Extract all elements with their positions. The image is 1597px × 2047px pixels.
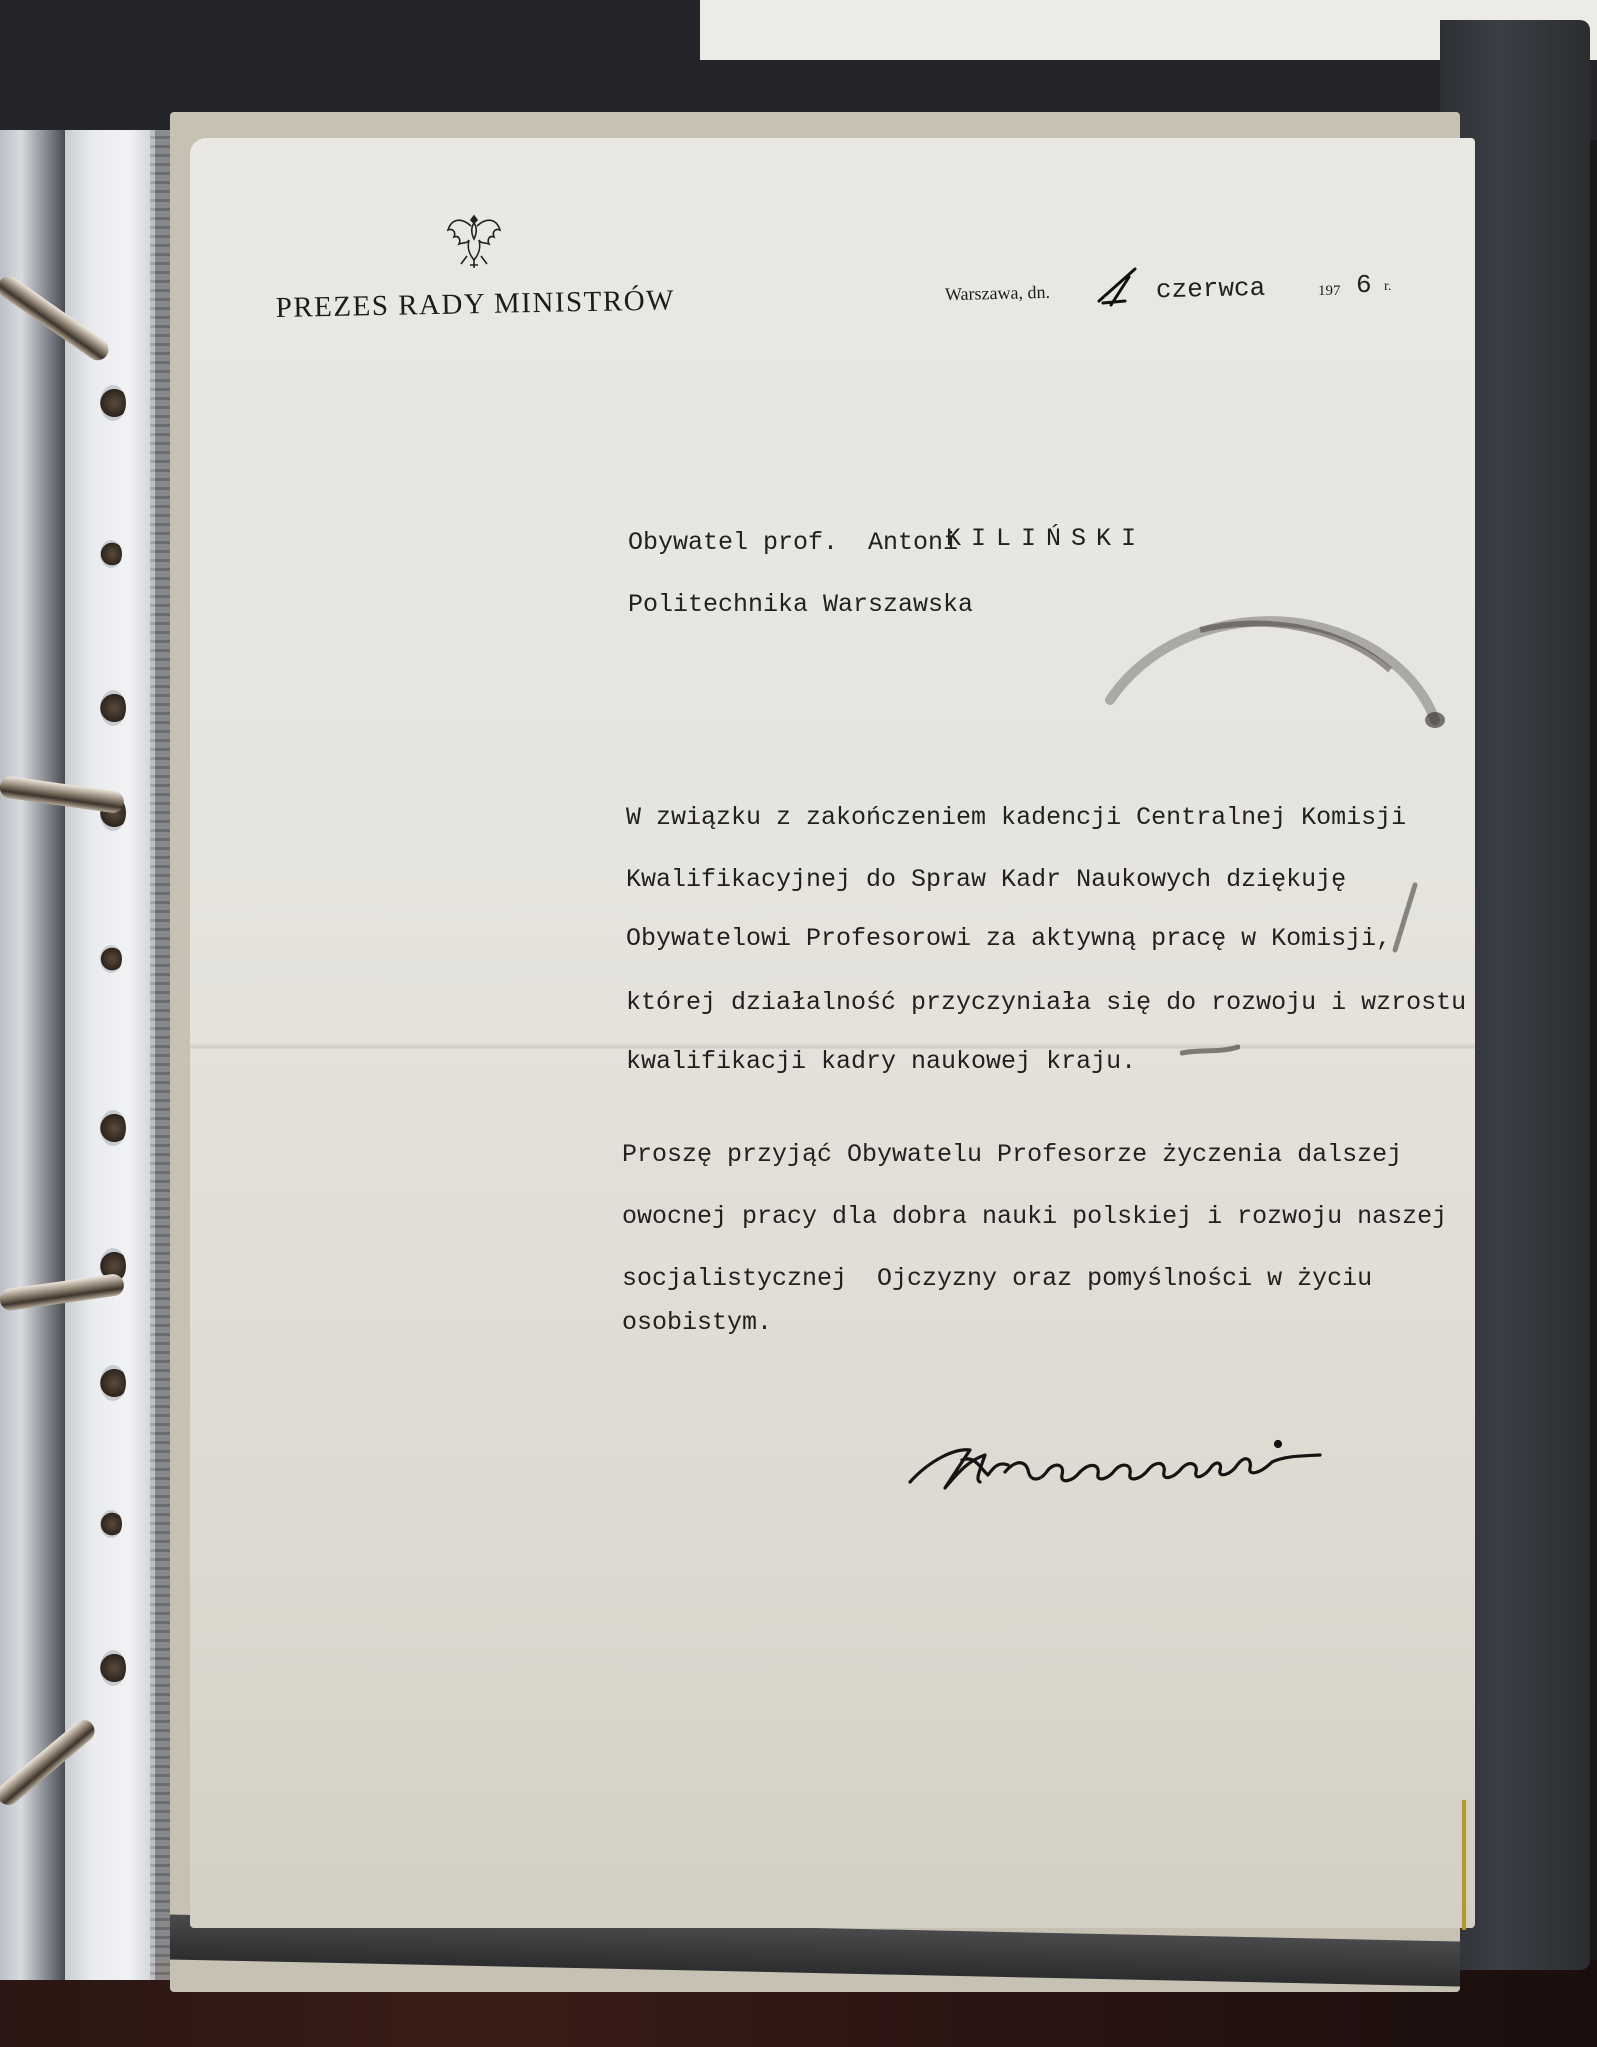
recipient-institution: Politechnika Warszawska [628,590,973,619]
body-line: której działalność przyczyniała się do r… [626,988,1466,1017]
body-line: socjalistycznej Ojczyzny oraz pomyślnośc… [622,1264,1372,1293]
punch-hole [100,385,126,421]
handwritten-day [1095,265,1145,311]
punch-hole [100,1365,126,1401]
punch-hole [100,1650,126,1686]
punch-hole [100,540,122,568]
date-year-typed: 6 [1356,270,1372,300]
ink-mark [1180,1035,1240,1065]
recipient-salutation: Obywatel prof. Antoni [628,528,958,557]
body-line: Obywatelowi Profesorowi za aktywną pracę… [626,924,1391,953]
punch-hole [100,1510,122,1538]
handwritten-signature-icon [900,1420,1330,1500]
body-line: Kwalifikacyjnej do Spraw Kadr Naukowych … [626,865,1346,894]
punch-hole [100,945,122,973]
body-line: kwalifikacji kadry naukowej kraju. [626,1047,1136,1076]
stamp-smudge [1090,600,1470,760]
body-line: owocnej pracy dla dobra nauki polskiej i… [622,1202,1447,1231]
date-year-printed: 197 [1318,283,1341,300]
punch-hole [100,1110,126,1146]
recipient-surname: KILIŃSKI [946,524,1146,553]
polish-eagle-emblem-icon [445,210,503,272]
binder-spine [0,130,70,1980]
date-year-suffix: r. [1384,279,1391,295]
body-line: W związku z zakończeniem kadencji Centra… [626,803,1406,832]
date-month: czerwca [1156,273,1266,305]
body-line: Proszę przyjąć Obywatelu Profesorze życz… [622,1140,1402,1169]
punch-hole [100,690,126,726]
date-place-prefix: Warszawa, dn. [945,282,1050,305]
paper-gilt-edge [1462,1800,1466,1930]
body-line: osobistym. [622,1308,772,1337]
letter-page [190,138,1475,1928]
